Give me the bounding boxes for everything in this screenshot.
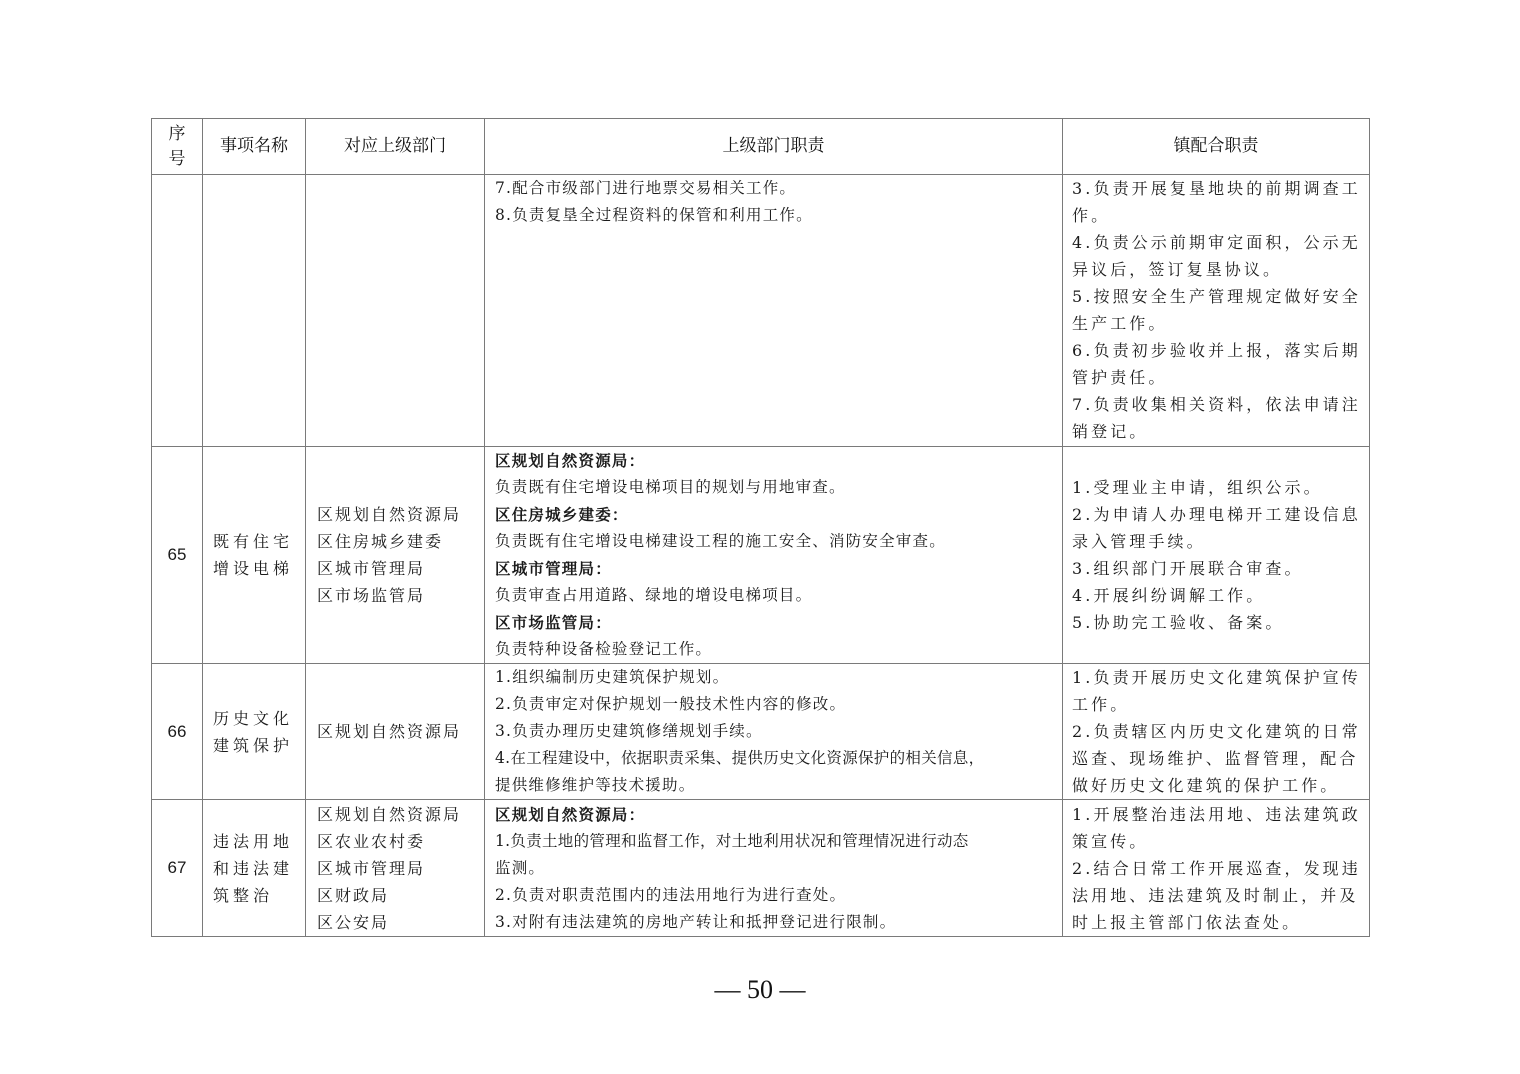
- responsibility-table: 序 号 事项名称 对应上级部门 上级部门职责 镇配合职责 7.配合市级部门进行地…: [151, 118, 1370, 937]
- header-serial-line-2: 号: [152, 147, 202, 172]
- cell-department: 区规划自然资源局: [306, 664, 485, 800]
- town-line: 1.负责开展历史文化建筑保护宣传: [1072, 664, 1363, 691]
- town-line: 销登记。: [1072, 418, 1363, 445]
- town-line: 1.受理业主申请，组织公示。: [1072, 474, 1363, 501]
- town-line: 4.负责公示前期审定面积，公示无: [1072, 229, 1363, 256]
- cell-item-name: 既有住宅 增设电梯: [203, 447, 306, 664]
- town-line: 管护责任。: [1072, 364, 1363, 391]
- department-line: 区农业农村委: [317, 828, 484, 855]
- cell-item-name: 历史文化 建筑保护: [203, 664, 306, 800]
- town-line: 策宣传。: [1072, 828, 1363, 855]
- header-item-name: 事项名称: [203, 119, 306, 175]
- duty-department-heading: 区城市管理局：: [495, 555, 1056, 582]
- town-line: 5.协助完工验收、备案。: [1072, 609, 1363, 636]
- cell-superior-duty: 7.配合市级部门进行地票交易相关工作。 8.负责复垦全过程资料的保管和利用工作。: [485, 175, 1063, 447]
- duty-line: 8.负责复垦全过程资料的保管和利用工作。: [495, 202, 1056, 229]
- department-line: 区城市管理局: [317, 855, 484, 882]
- duty-line: 2.负责对职责范围内的违法用地行为进行查处。: [495, 882, 1056, 909]
- duty-line: 提供维修维护等技术援助。: [495, 772, 1056, 799]
- table-row: 7.配合市级部门进行地票交易相关工作。 8.负责复垦全过程资料的保管和利用工作。…: [152, 175, 1370, 447]
- town-line: 4.开展纠纷调解工作。: [1072, 582, 1363, 609]
- header-superior-duty: 上级部门职责: [485, 119, 1063, 175]
- town-line: 1.开展整治违法用地、违法建筑政: [1072, 801, 1363, 828]
- item-name-line: 和违法建: [213, 855, 297, 882]
- duty-line: 1.组织编制历史建筑保护规划。: [495, 664, 1056, 691]
- duty-line: 负责特种设备检验登记工作。: [495, 636, 1056, 663]
- duty-line: 负责既有住宅增设电梯项目的规划与用地审查。: [495, 474, 1056, 501]
- department-line: 区公安局: [317, 909, 484, 936]
- duty-line: 3.负责办理历史建筑修缮规划手续。: [495, 718, 1056, 745]
- town-line: 做好历史文化建筑的保护工作。: [1072, 772, 1363, 799]
- town-line: 5.按照安全生产管理规定做好安全: [1072, 283, 1363, 310]
- department-line: 区财政局: [317, 882, 484, 909]
- duty-department-heading: 区市场监管局：: [495, 609, 1056, 636]
- item-name-line: 既有住宅: [213, 528, 297, 555]
- cell-department: [306, 175, 485, 447]
- duty-department-heading: 区规划自然资源局：: [495, 447, 1056, 474]
- item-name-line: 建筑保护: [213, 732, 297, 759]
- town-line: 巡查、现场维护、监督管理，配合: [1072, 745, 1363, 772]
- town-line: 2.为申请人办理电梯开工建设信息: [1072, 501, 1363, 528]
- duty-line: 4.在工程建设中，依据职责采集、提供历史文化资源保护的相关信息，: [495, 745, 1056, 772]
- table-row: 66 历史文化 建筑保护 区规划自然资源局 1.组织编制历史建筑保护规划。 2.…: [152, 664, 1370, 800]
- cell-serial-number: 66: [152, 664, 203, 800]
- table-row: 67 违法用地 和违法建 筑整治 区规划自然资源局 区农业农村委 区城市管理局 …: [152, 800, 1370, 937]
- cell-item-name: 违法用地 和违法建 筑整治: [203, 800, 306, 937]
- item-name-line: 违法用地: [213, 828, 297, 855]
- town-line: 工作。: [1072, 691, 1363, 718]
- page-number: — 50 —: [0, 975, 1520, 1005]
- cell-department: 区规划自然资源局 区农业农村委 区城市管理局 区财政局 区公安局: [306, 800, 485, 937]
- department-line: 区住房城乡建委: [317, 528, 484, 555]
- cell-town-duty: 1.开展整治违法用地、违法建筑政 策宣传。 2.结合日常工作开展巡查，发现违 法…: [1063, 800, 1370, 937]
- header-superior-department: 对应上级部门: [306, 119, 485, 175]
- item-name-line: 历史文化: [213, 705, 297, 732]
- department-line: 区规划自然资源局: [317, 501, 484, 528]
- table-header-row: 序 号 事项名称 对应上级部门 上级部门职责 镇配合职责: [152, 119, 1370, 175]
- town-line: 生产工作。: [1072, 310, 1363, 337]
- item-name-line: 筑整治: [213, 882, 297, 909]
- department-line: 区城市管理局: [317, 555, 484, 582]
- town-line: 6.负责初步验收并上报，落实后期: [1072, 337, 1363, 364]
- cell-town-duty: 1.负责开展历史文化建筑保护宣传 工作。 2.负责辖区内历史文化建筑的日常 巡查…: [1063, 664, 1370, 800]
- duty-department-heading: 区住房城乡建委：: [495, 501, 1056, 528]
- town-line: 2.负责辖区内历史文化建筑的日常: [1072, 718, 1363, 745]
- town-line: 作。: [1072, 202, 1363, 229]
- department-line: 区市场监管局: [317, 582, 484, 609]
- cell-superior-duty: 区规划自然资源局： 1.负责土地的管理和监督工作，对土地利用状况和管理情况进行动…: [485, 800, 1063, 937]
- duty-line: 负责既有住宅增设电梯建设工程的施工安全、消防安全审查。: [495, 528, 1056, 555]
- header-serial-line-1: 序: [152, 122, 202, 147]
- cell-town-duty: 1.受理业主申请，组织公示。 2.为申请人办理电梯开工建设信息 录入管理手续。 …: [1063, 447, 1370, 664]
- town-line: 3.负责开展复垦地块的前期调查工: [1072, 175, 1363, 202]
- duty-line: 1.负责土地的管理和监督工作，对土地利用状况和管理情况进行动态: [495, 828, 1056, 855]
- town-line: 2.结合日常工作开展巡查，发现违: [1072, 855, 1363, 882]
- town-line: 法用地、违法建筑及时制止，并及: [1072, 882, 1363, 909]
- department-line: 区规划自然资源局: [317, 801, 484, 828]
- item-name-line: 增设电梯: [213, 555, 297, 582]
- cell-superior-duty: 1.组织编制历史建筑保护规划。 2.负责审定对保护规划一般技术性内容的修改。 3…: [485, 664, 1063, 800]
- cell-town-duty: 3.负责开展复垦地块的前期调查工 作。 4.负责公示前期审定面积，公示无 异议后…: [1063, 175, 1370, 447]
- duty-line: 负责审查占用道路、绿地的增设电梯项目。: [495, 582, 1056, 609]
- duty-line: 2.负责审定对保护规划一般技术性内容的修改。: [495, 691, 1056, 718]
- town-line: 异议后，签订复垦协议。: [1072, 256, 1363, 283]
- cell-superior-duty: 区规划自然资源局： 负责既有住宅增设电梯项目的规划与用地审查。 区住房城乡建委：…: [485, 447, 1063, 664]
- header-serial-number: 序 号: [152, 119, 203, 175]
- cell-department: 区规划自然资源局 区住房城乡建委 区城市管理局 区市场监管局: [306, 447, 485, 664]
- department-line: 区规划自然资源局: [317, 718, 484, 745]
- cell-item-name: [203, 175, 306, 447]
- cell-serial-number: 67: [152, 800, 203, 937]
- duty-line: 7.配合市级部门进行地票交易相关工作。: [495, 175, 1056, 202]
- table-row: 65 既有住宅 增设电梯 区规划自然资源局 区住房城乡建委 区城市管理局 区市场…: [152, 447, 1370, 664]
- duty-line: 3.对附有违法建筑的房地产转让和抵押登记进行限制。: [495, 909, 1056, 936]
- duty-department-heading: 区规划自然资源局：: [495, 801, 1056, 828]
- town-line: 录入管理手续。: [1072, 528, 1363, 555]
- duty-line: 监测。: [495, 855, 1056, 882]
- town-line: 时上报主管部门依法查处。: [1072, 909, 1363, 936]
- cell-serial-number: [152, 175, 203, 447]
- town-line: 3.组织部门开展联合审查。: [1072, 555, 1363, 582]
- cell-serial-number: 65: [152, 447, 203, 664]
- header-town-duty: 镇配合职责: [1063, 119, 1370, 175]
- town-line: 7.负责收集相关资料，依法申请注: [1072, 391, 1363, 418]
